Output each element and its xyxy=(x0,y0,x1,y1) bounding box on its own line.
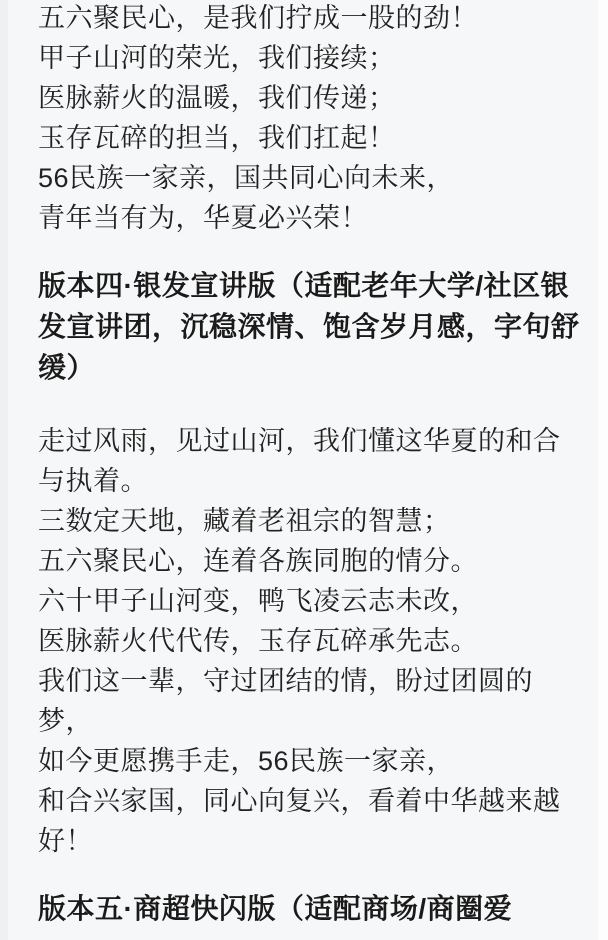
message-text-content: 五六聚民心，是我们拧成一股的劲！ 甲子山河的荣光，我们接续； 医脉薪火的温暖，我… xyxy=(0,0,608,929)
heading-version-5-mall-flashmob: 版本五·商超快闪版（适配商场/商圈爱 xyxy=(38,888,580,929)
heading-version-4-silver-lecture: 版本四·银发宣讲版（适配老年大学/社区银发宣讲团，沉稳深情、饱含岁月感，字句舒缓… xyxy=(38,265,580,388)
right-edge-gutter xyxy=(598,0,608,940)
verse-paragraph-silver: 走过风雨，见过山河，我们懂这华夏的和合与执着。 三数定天地，藏着老祖宗的智慧； … xyxy=(38,421,580,861)
left-edge-gutter xyxy=(0,0,8,940)
verse-paragraph-youth: 五六聚民心，是我们拧成一股的劲！ 甲子山河的荣光，我们接续； 医脉薪火的温暖，我… xyxy=(38,0,580,238)
